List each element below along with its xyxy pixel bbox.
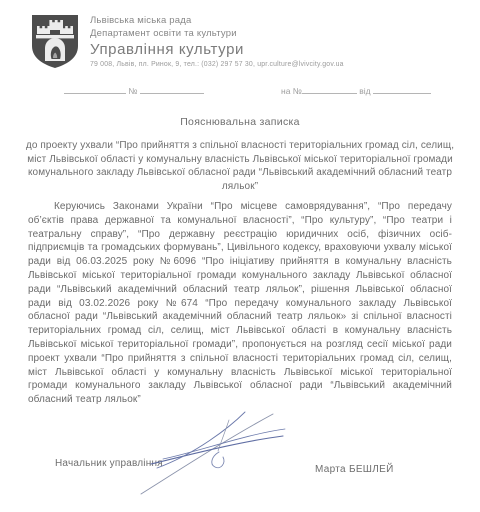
org-division: Управління культури [90, 41, 450, 59]
org-department: Департамент освіти та культури [90, 28, 450, 41]
from-label: від [359, 86, 370, 96]
signatory-name: Марта БЕШЛЕЙ [315, 464, 394, 475]
from-date-blank [373, 84, 431, 94]
date-blank [64, 84, 126, 94]
outgoing-number-fields: № [64, 84, 204, 96]
letterhead: Львівська міська рада Департамент освіти… [90, 15, 450, 70]
incoming-number-fields: на № від [281, 84, 431, 96]
number-label: № [128, 86, 137, 96]
scanned-document-page: Львівська міська рада Департамент освіти… [0, 0, 480, 512]
signatory-position: Начальник управління [55, 458, 163, 469]
number-blank [140, 84, 204, 94]
org-address: 79 008, Львів, пл. Ринок, 9, тел.: (032)… [90, 60, 450, 70]
org-name: Львівська міська рада [90, 15, 450, 28]
document-body: Керуючись Законами України “Про місцеве … [28, 200, 452, 407]
document-title: Пояснювальна записка [0, 116, 480, 128]
on-number-blank [302, 84, 357, 94]
on-number-label: на № [281, 86, 302, 96]
lviv-coat-of-arms-icon [30, 13, 80, 70]
document-subtitle: до проекту ухвали “Про прийняття з спіль… [24, 139, 456, 193]
